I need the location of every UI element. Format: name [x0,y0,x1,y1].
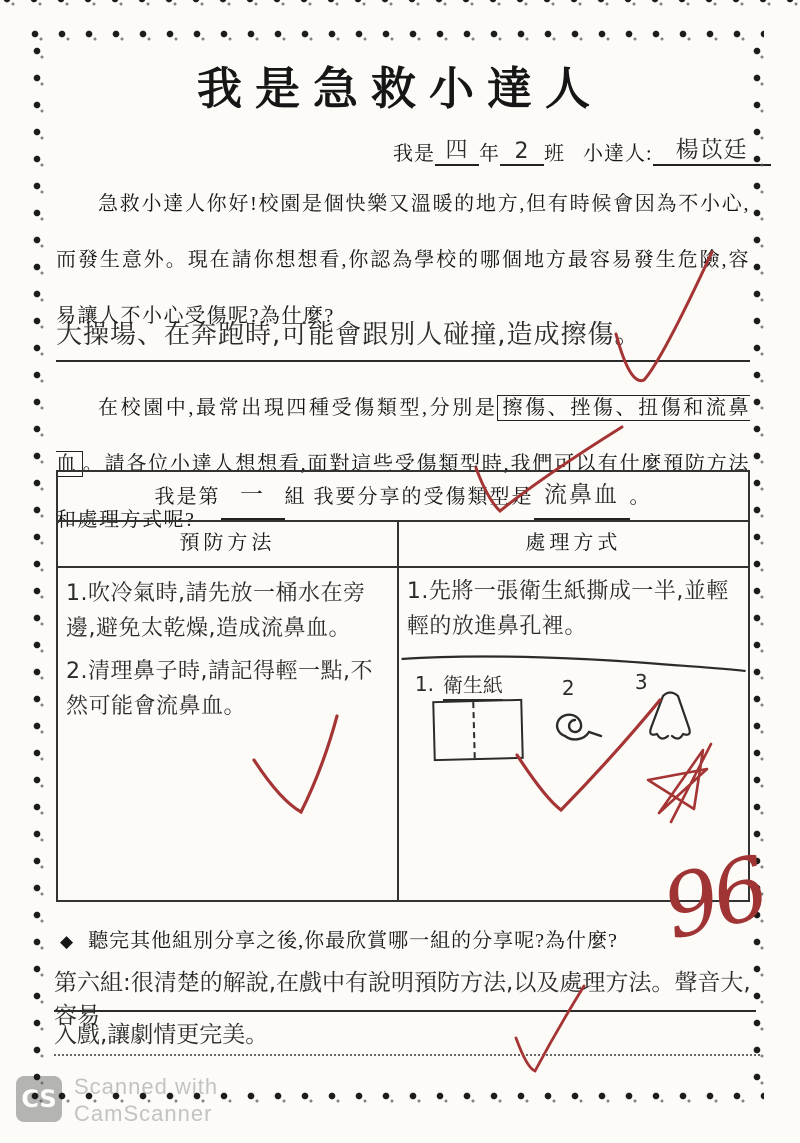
tissue-fold-line [472,702,475,758]
grader-score: 96 [655,845,772,953]
watermark-line2: CamScanner [74,1101,212,1127]
dotted-border-left [31,44,45,1088]
p2-before: 在校園中,最常出現四種受傷類型,分別是 [98,397,497,419]
student-line-prefix: 我是 [393,143,435,165]
sharing-table: 我是第一組 我要分享的受傷類型是流鼻血。 預防方法 處理方式 1.吹冷氣時,請先… [56,470,750,902]
grade-blank: 四 [435,133,479,166]
grade-suffix: 年 [479,143,500,165]
treatment-header: 處理方式 [399,522,748,566]
answer1-line: 大操場、在奔跑時,可能會跟別人碰撞,造成擦傷。 [56,314,750,362]
dotted-border-top-edge [0,0,800,7]
injury-type-blank: 流鼻血 [534,472,630,520]
reflection-question-text: 聽完其他組別分享之後,你最欣賞哪一組的分享呢?為什麼? [88,930,618,952]
page-title: 我是急救小達人 [0,52,800,117]
group-prefix: 我是第 [155,486,221,508]
group-statement-row: 我是第一組 我要分享的受傷類型是流鼻血。 [58,472,748,522]
student-info-line: 我是四年2班 小達人:楊苡廷 [393,131,771,166]
prevention-cell: 1.吹冷氣時,請先放一桶水在旁邊,避免太乾燥,造成流鼻血。 2.清理鼻子時,請記… [58,568,399,902]
reflection-answer-line2: 入戲,讓劇情更完美。 [54,1016,760,1056]
prevention-header: 預防方法 [58,522,399,566]
group-number-blank: 一 [221,472,285,520]
reflection-question: ◆聽完其他組別分享之後,你最欣賞哪一組的分享呢?為什麼? [60,924,618,953]
class-blank: 2 [500,139,544,166]
rolled-tissue-drawing [543,694,605,756]
drawing-step1-label: 衛生紙 [443,669,503,701]
drawing-step1-number: 1. [415,672,434,696]
treatment-item-1: 1.先將一張衛生紙撕成一半,並輕輕的放進鼻孔裡。 [407,574,740,644]
diamond-bullet-icon: ◆ [60,932,74,951]
scanned-worksheet-page: 我是急救小達人 我是四年2班 小達人:楊苡廷 急救小達人你好!校園是個快樂又溫暖… [0,0,800,1143]
class-suffix: 班 [544,143,565,165]
dotted-border-bottom [28,1090,764,1104]
nose-drawing [641,682,699,750]
prevention-item-2: 2.清理鼻子時,請記得輕一點,不然可能會流鼻血。 [66,654,389,724]
name-label: 小達人: [583,143,653,165]
dotted-border-top [28,28,764,42]
group-mid: 組 我要分享的受傷類型是 [285,486,534,508]
group-suffix: 。 [630,486,652,508]
table-header-row: 預防方法 處理方式 [58,522,748,568]
prevention-item-1: 1.吹冷氣時,請先放一桶水在旁邊,避免太乾燥,造成流鼻血。 [66,576,389,646]
table-content-row: 1.吹冷氣時,請先放一桶水在旁邊,避免太乾燥,造成流鼻血。 2.清理鼻子時,請記… [58,568,748,902]
reflection-answer-line1: 第六組:很清楚的解說,在戲中有說明預防方法,以及處理方法。聲音大,容易 [54,964,756,1012]
tissue-drawing [432,699,524,761]
